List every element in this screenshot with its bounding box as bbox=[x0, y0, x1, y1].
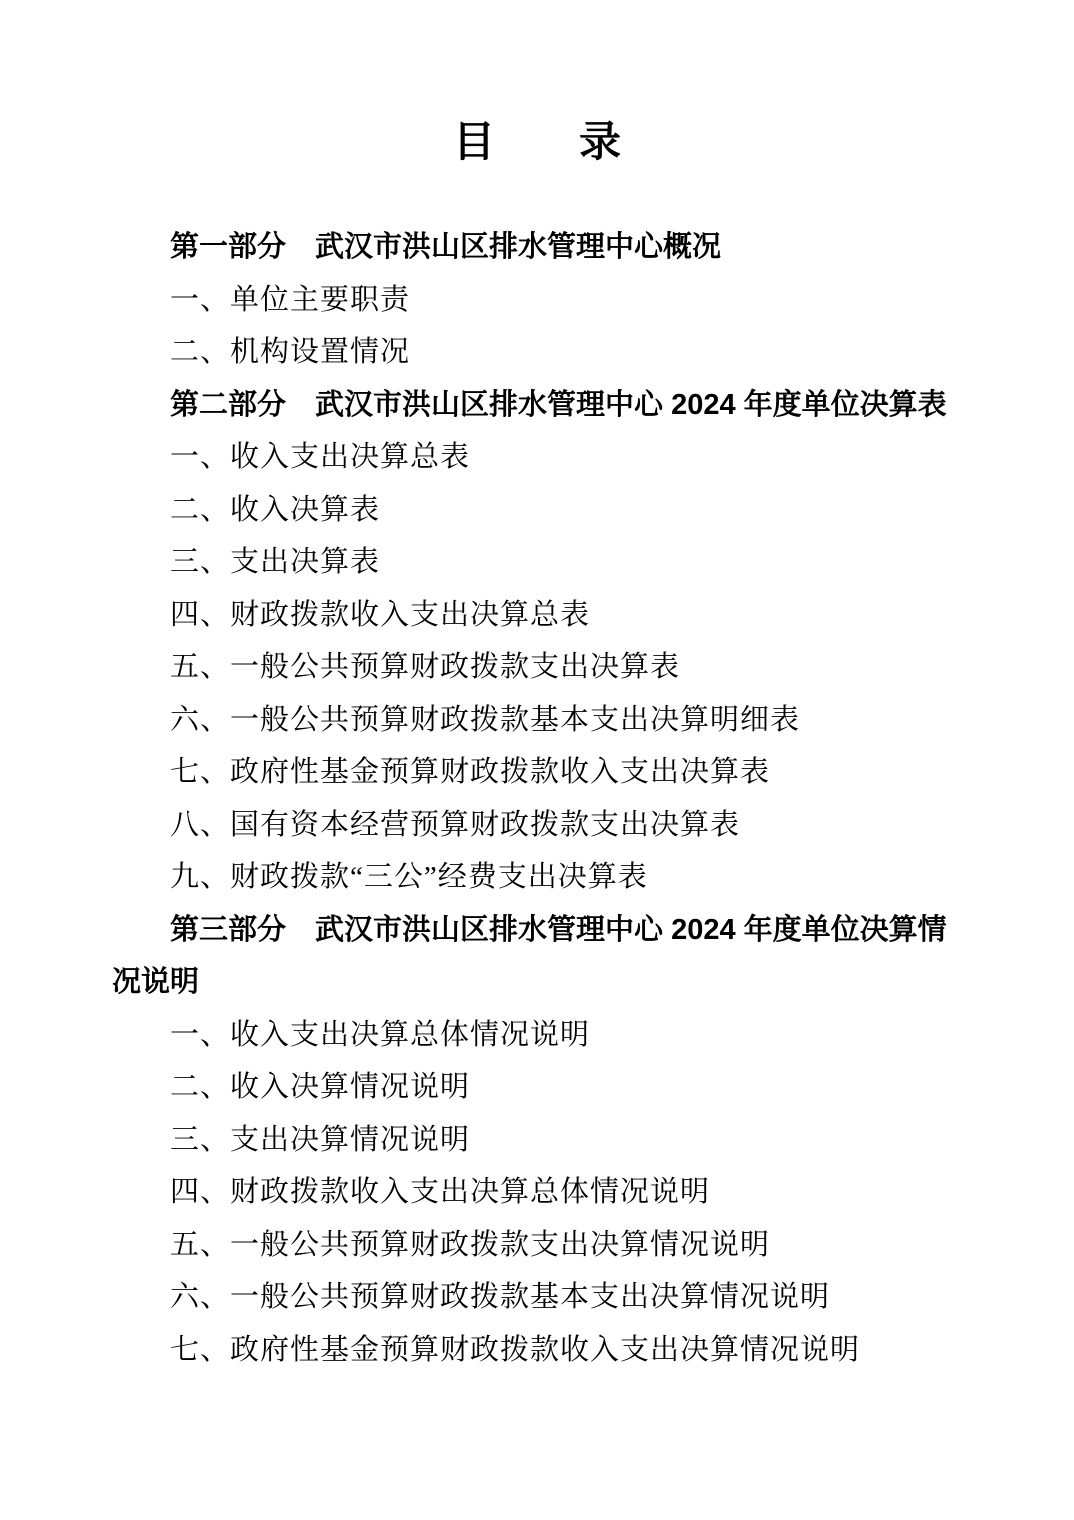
toc-entry: 二、收入决算情况说明 bbox=[112, 1061, 962, 1114]
section-1-heading: 第一部分武汉市洪山区排水管理中心概况 bbox=[112, 221, 962, 274]
toc-entry: 四、财政拨款收入支出决算总表 bbox=[112, 589, 962, 642]
section-1-title: 武汉市洪山区排水管理中心概况 bbox=[315, 231, 721, 263]
toc-entry: 七、政府性基金预算财政拨款收入支出决算情况说明 bbox=[112, 1324, 962, 1377]
toc-entry: 一、单位主要职责 bbox=[112, 274, 962, 327]
toc-entry: 四、财政拨款收入支出决算总体情况说明 bbox=[112, 1166, 962, 1219]
toc-entry: 二、收入决算表 bbox=[112, 484, 962, 537]
toc-entry: 九、财政拨款“三公”经费支出决算表 bbox=[112, 851, 962, 904]
section-3-heading: 第三部分武汉市洪山区排水管理中心 2024 年度单位决算情况说明 bbox=[112, 904, 962, 1009]
section-2-heading: 第二部分武汉市洪山区排水管理中心 2024 年度单位决算表 bbox=[112, 379, 962, 432]
toc-entry: 一、收入支出决算总体情况说明 bbox=[112, 1009, 962, 1062]
toc-entry: 五、一般公共预算财政拨款支出决算情况说明 bbox=[112, 1219, 962, 1272]
toc-list: 第一部分武汉市洪山区排水管理中心概况 一、单位主要职责 二、机构设置情况 第二部… bbox=[112, 221, 962, 1376]
section-2-title: 武汉市洪山区排水管理中心 2024 年度单位决算表 bbox=[315, 389, 947, 421]
section-2-label: 第二部分 bbox=[170, 389, 286, 421]
toc-entry: 三、支出决算情况说明 bbox=[112, 1114, 962, 1167]
toc-entry: 八、国有资本经营预算财政拨款支出决算表 bbox=[112, 799, 962, 852]
toc-entry: 一、收入支出决算总表 bbox=[112, 431, 962, 484]
toc-entry: 二、机构设置情况 bbox=[112, 326, 962, 379]
section-1-label: 第一部分 bbox=[170, 231, 286, 263]
section-3-label: 第三部分 bbox=[170, 914, 286, 946]
toc-entry: 六、一般公共预算财政拨款基本支出决算明细表 bbox=[112, 694, 962, 747]
document-page: 目 录 第一部分武汉市洪山区排水管理中心概况 一、单位主要职责 二、机构设置情况… bbox=[0, 0, 1074, 1520]
toc-entry: 七、政府性基金预算财政拨款收入支出决算表 bbox=[112, 746, 962, 799]
toc-entry: 三、支出决算表 bbox=[112, 536, 962, 589]
page-title: 目 录 bbox=[112, 112, 962, 172]
toc-entry: 六、一般公共预算财政拨款基本支出决算情况说明 bbox=[112, 1271, 962, 1324]
toc-entry: 五、一般公共预算财政拨款支出决算表 bbox=[112, 641, 962, 694]
